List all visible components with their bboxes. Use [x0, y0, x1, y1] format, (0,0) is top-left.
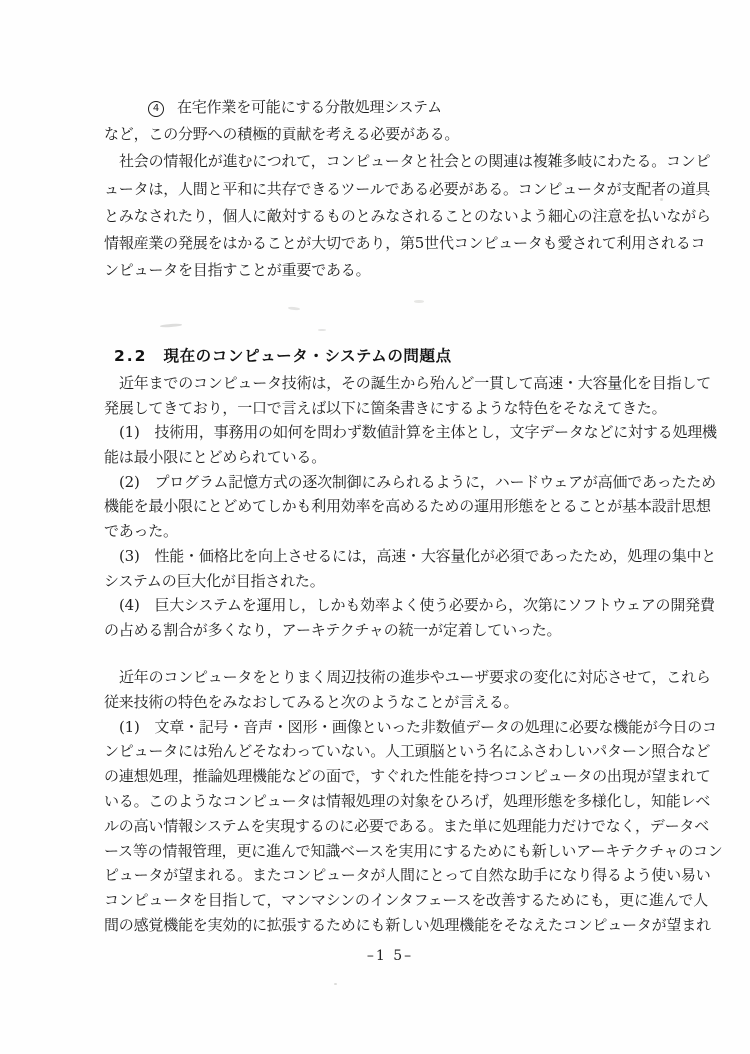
scan-artifact: [414, 300, 424, 303]
text-line: の連想処理，推論処理機能などの面で，すぐれた性能を持つコンピュータの出現が望まれ…: [104, 764, 724, 789]
circled-number-icon: 4: [148, 101, 164, 117]
text-line: 近年のコンピュータをとりまく周辺技術の進歩やユーザ要求の変化に対応させて，これら: [104, 665, 724, 690]
text-line: 近年までのコンピュータ技術は，その誕生から殆んど一貫して高速・大容量化を目指して: [104, 371, 724, 396]
text-line: ュータは，人間と平和に共存できるツールである必要がある。コンピュータが支配者の道…: [104, 176, 724, 203]
intro-paragraph-block: 4在宅作業を可能にする分散処理システム など，この分野への積極的貢献を考える必要…: [104, 94, 724, 284]
text-line: 社会の情報化が進むにつれて，コンピュータと社会との関連は複雑多岐にわたる。コンピ: [104, 148, 724, 175]
scan-artifact: [160, 323, 182, 328]
list-item-line: (2) プログラム記憶方式の逐次制御にみられるように，ハードウェアが高価であった…: [104, 470, 724, 495]
text-line: 情報産業の発展をはかることが大切であり，第5世代コンピュータも愛されて利用される…: [104, 230, 724, 257]
text-line: いる。このようなコンピュータは情報処理の対象をひろげ，処理形態を多様化し，知能レ…: [104, 789, 724, 814]
text-line: ピュータが望まれる。またコンピュータが人間にとって自然な助手になり得るよう使い易…: [104, 863, 724, 888]
text-line: など，この分野への積極的貢献を考える必要がある。: [104, 121, 724, 148]
text-line: 従来技術の特色をみなおしてみると次のようなことが言える。: [104, 690, 724, 715]
text-line: ンピュータを目指すことが重要である。: [104, 257, 724, 284]
scanned-document-page: 4在宅作業を可能にする分散処理システム など，この分野への積極的貢献を考える必要…: [0, 0, 750, 1054]
text-line: 能は最小限にとどめられている。: [104, 445, 724, 470]
page-number: –1 5–: [0, 948, 750, 964]
section-heading: 2.2現在のコンピュータ・システムの問題点: [114, 344, 452, 366]
scan-artifact: [288, 306, 300, 310]
text-line: ンピュータには殆んどそなわっていない。人工頭脳という名にふさわしいパターン照合な…: [104, 739, 724, 764]
text-line: 機能を最小限にとどめてしかも利用効率を高めるための運用形態をとることが基本設計思…: [104, 494, 724, 519]
list-item-line: (3) 性能・価格比を向上させるには，高速・大容量化が必須であったため，処理の集…: [104, 544, 724, 569]
section-title: 現在のコンピュータ・システムの問題点: [163, 347, 451, 365]
text-line: 間の感覚機能を実効的に拡張するためにも新しい処理機能をそなえたコンピュータが望ま…: [104, 913, 724, 938]
scan-artifact: [318, 329, 326, 331]
text-line: の占める割合が多くなり，アーキテクチャの統一が定着していった。: [104, 618, 724, 643]
text-line: コンピュータを目指して，マンマシンのインタフェースを改善するためにも，更に進んで…: [104, 888, 724, 913]
text-line: 発展してきており，一口で言えば以下に箇条書きにするような特色をそなえてきた。: [104, 396, 724, 421]
circled-list-item: 4在宅作業を可能にする分散処理システム: [104, 94, 724, 121]
features-paragraph-block: 近年までのコンピュータ技術は，その誕生から殆んど一貫して高速・大容量化を目指して…: [104, 371, 724, 643]
circled-item-text: 在宅作業を可能にする分散処理システム: [177, 98, 442, 116]
text-line: システムの巨大化が目指された。: [104, 569, 724, 594]
text-line: ース等の情報管理，更に進んで知識ベースを実用にするためにも新しいアーキテクチャの…: [104, 839, 724, 864]
list-item-line: (1) 文章・記号・音声・図形・画像といった非数値データの処理に必要な機能が今日…: [104, 715, 724, 740]
section-number: 2.2: [114, 347, 147, 365]
text-line: とみなされたり，個人に敵対するものとみなされることのないよう細心の注意を払いなが…: [104, 203, 724, 230]
text-line: であった。: [104, 519, 724, 544]
list-item-line: (4) 巨大システムを運用し，しかも効率よく使う必要から，次第にソフトウェアの開…: [104, 593, 724, 618]
scan-artifact: [334, 983, 337, 985]
list-item-line: (1) 技術用，事務用の如何を問わず数値計算を主体とし，文字データなどに対する処…: [104, 420, 724, 445]
scan-artifact: [660, 198, 663, 201]
text-line: ルの高い情報システムを実現するのに必要である。また単に処理能力だけでなく，データ…: [104, 814, 724, 839]
review-paragraph-block: 近年のコンピュータをとりまく周辺技術の進歩やユーザ要求の変化に対応させて，これら…: [104, 665, 724, 938]
